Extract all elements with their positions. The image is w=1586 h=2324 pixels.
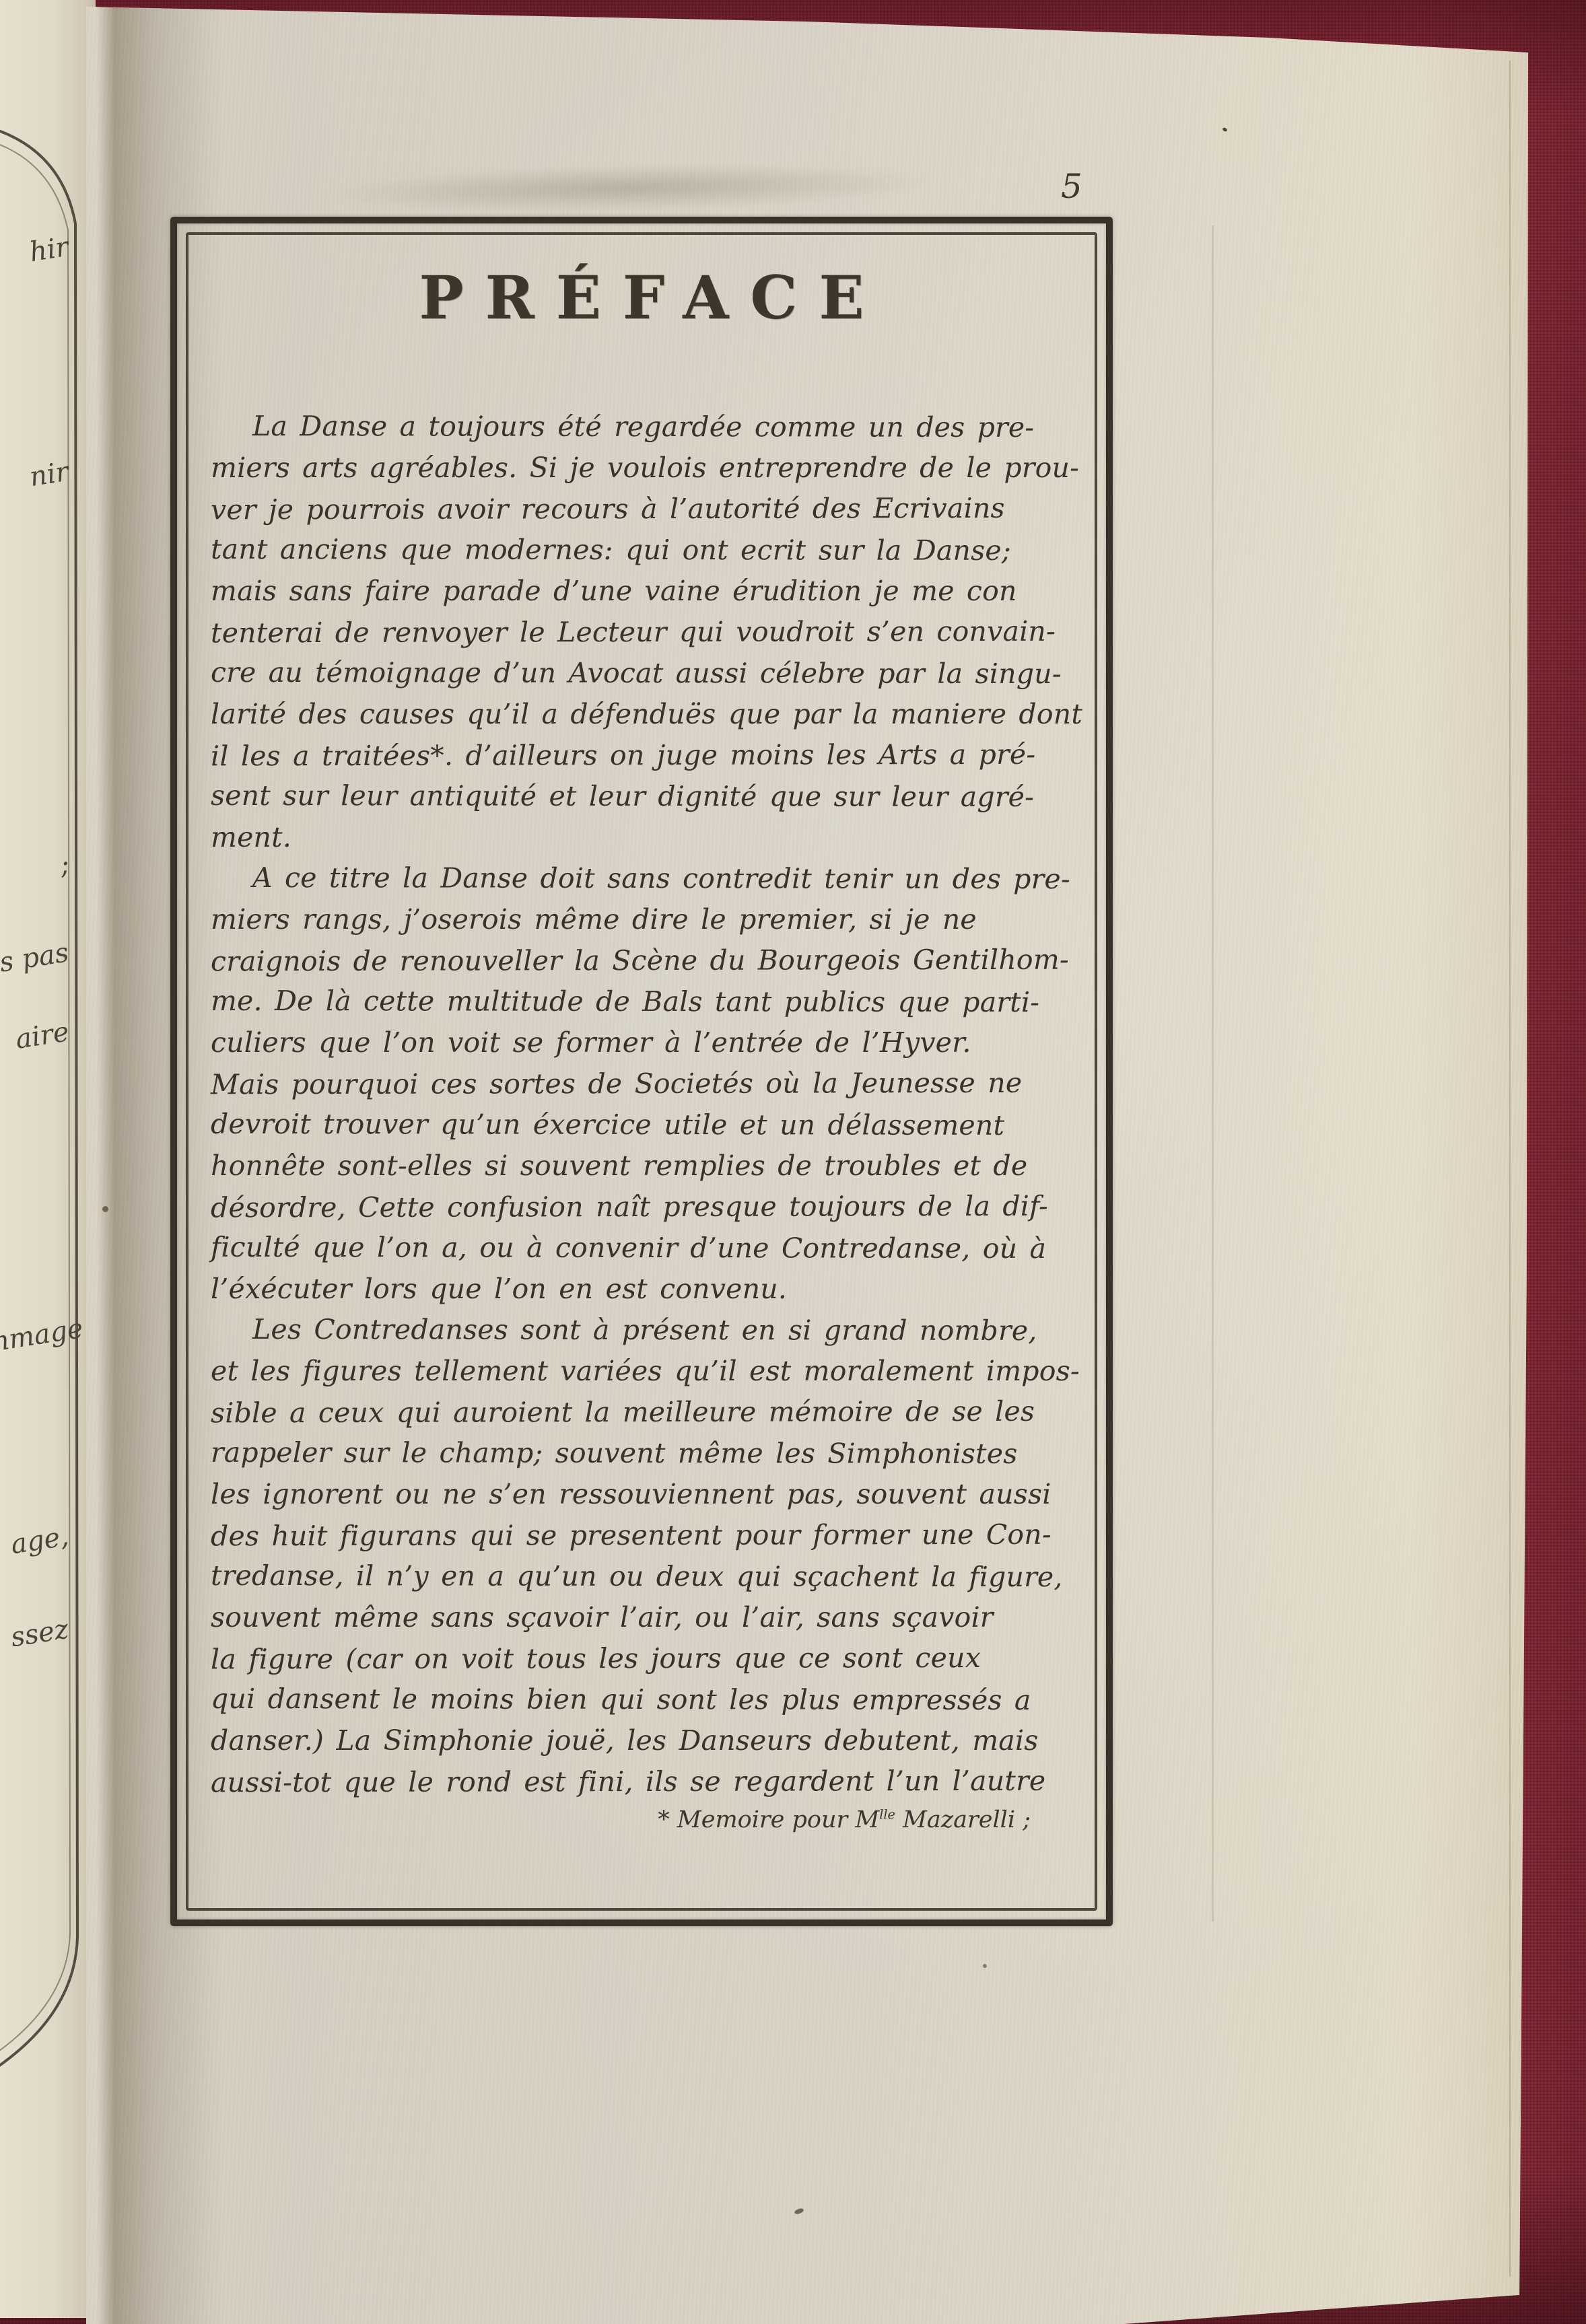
footnote-superscript: lle bbox=[879, 1806, 895, 1822]
text-line: l’éxécuter lors que l’on en est convenu. bbox=[211, 1269, 1087, 1310]
left-page: hir nir ; s pas aire ommage age, ssez bbox=[0, 0, 96, 2318]
text-line: tenterai de renvoyer le Lecteur qui voud… bbox=[211, 611, 1087, 654]
text-line: souvent même sans sçavoir l’air, ou l’ai… bbox=[211, 1597, 1087, 1638]
footnote: * Memoire pour Mlle Mazarelli ; bbox=[658, 1806, 1031, 1833]
text-line: tredanse, il n’y en a qu’un ou deux qui … bbox=[211, 1555, 1087, 1598]
text-line: miers rangs, j’oserois même dire le prem… bbox=[211, 899, 1087, 940]
paper-edge-line bbox=[1509, 61, 1511, 2277]
left-page-fragment: nir bbox=[28, 456, 71, 493]
text-line: me. De là cette multitude de Bals tant p… bbox=[211, 981, 1087, 1023]
ink-speck bbox=[1222, 127, 1228, 133]
text-line: ficulté que l’on a, ou à convenir d’une … bbox=[211, 1227, 1087, 1269]
ink-speck bbox=[983, 1964, 987, 1968]
text-line: la figure (car on voit tous les jours qu… bbox=[211, 1638, 1087, 1681]
footnote-trailing: ; bbox=[1015, 1806, 1031, 1833]
text-line: honnête sont-elles si souvent remplies d… bbox=[211, 1146, 1087, 1187]
text-line: les ignorent ou ne s’en ressouviennent p… bbox=[211, 1474, 1087, 1515]
left-page-frame-curve bbox=[0, 0, 96, 2318]
text-line: culiers que l’on voit se former à l’entr… bbox=[211, 1022, 1087, 1063]
page-number: 5 bbox=[1061, 167, 1082, 206]
text-line: sent sur leur antiquité et leur dignité … bbox=[211, 775, 1087, 818]
text-line: La Danse a toujours été regardée comme u… bbox=[211, 406, 1087, 448]
text-line: ment. bbox=[211, 817, 1087, 858]
plate-mark bbox=[1212, 225, 1214, 1922]
preface-title: PRÉFACE bbox=[177, 262, 1106, 332]
engraved-frame: PRÉFACE La Danse a toujours été regardée… bbox=[170, 217, 1113, 1926]
text-line: mais sans faire parade d’une vaine érudi… bbox=[211, 571, 1087, 612]
text-line: cre au témoignage d’un Avocat aussi céle… bbox=[211, 652, 1087, 695]
body-text: La Danse a toujours été regardée comme u… bbox=[211, 407, 1087, 1802]
text-line: aussi-tot que le rond est fini, ils se r… bbox=[211, 1761, 1087, 1804]
left-page-fragment: hir bbox=[28, 232, 71, 268]
text-line: larité des causes qu’il a défenduës que … bbox=[211, 694, 1087, 735]
text-line: craignois de renouveller la Scène du Bou… bbox=[211, 940, 1087, 983]
ink-speck bbox=[102, 1206, 108, 1212]
paragraph: A ce titre la Danse doit sans contredit … bbox=[211, 858, 1087, 1310]
ink-speck bbox=[794, 2208, 804, 2215]
text-line: qui dansent le moins bien qui sont les p… bbox=[211, 1679, 1087, 1721]
footnote-marker: * bbox=[658, 1806, 670, 1833]
text-line: des huit figurans qui se presentent pour… bbox=[211, 1514, 1087, 1557]
main-page: 5 PRÉFACE La Danse a toujours été regard… bbox=[86, 0, 1528, 2324]
book-cloth-background: hir nir ; s pas aire ommage age, ssez 5 … bbox=[0, 0, 1586, 2324]
text-line: miers arts agréables. Si je voulois entr… bbox=[211, 448, 1087, 489]
text-line: Mais pourquoi ces sortes de Societés où … bbox=[211, 1063, 1087, 1106]
paragraph: La Danse a toujours été regardée comme u… bbox=[211, 407, 1087, 858]
footnote-text: Memoire pour M bbox=[670, 1806, 879, 1833]
text-line: ver je pourrois avoir recours à l’autori… bbox=[211, 488, 1087, 531]
text-line: désordre, Cette confusion naît presque t… bbox=[211, 1186, 1087, 1229]
text-line: et les figures tellement variées qu’il e… bbox=[211, 1351, 1087, 1392]
text-line: tant anciens que modernes: qui ont ecrit… bbox=[211, 529, 1087, 571]
text-line: devroit trouver qu’un éxercice utile et … bbox=[211, 1104, 1087, 1146]
paragraph: Les Contredanses sont à présent en si gr… bbox=[211, 1310, 1087, 1802]
text-line: Les Contredanses sont à présent en si gr… bbox=[211, 1309, 1087, 1351]
text-line: A ce titre la Danse doit sans contredit … bbox=[211, 857, 1087, 900]
text-line: danser.) La Simphonie jouë, les Danseurs… bbox=[211, 1720, 1087, 1761]
text-line: rappeler sur le champ; souvent même les … bbox=[211, 1432, 1087, 1475]
text-line: il les a traitées*. d’ailleurs on juge m… bbox=[211, 734, 1087, 777]
footnote-text: Mazarelli bbox=[895, 1806, 1015, 1833]
text-line: sible a ceux qui auroient la meilleure m… bbox=[211, 1391, 1087, 1434]
